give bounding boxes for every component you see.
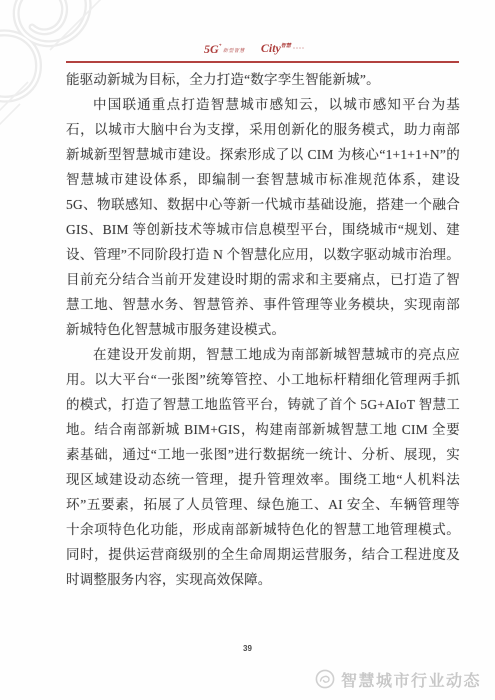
- paragraph: 在建设开发前期，智慧工地成为南部新城智慧城市的亮点应用。以大平台“一张图”统筹管…: [66, 342, 460, 592]
- header-rule: [66, 61, 459, 63]
- account-logo-icon: [314, 668, 336, 690]
- paragraph: 能驱动新城为目标，全力打造“数字孪生智能新城”。: [66, 67, 460, 92]
- header-masthead: 5G⁺ 新型智慧 City智慧 ····: [204, 41, 305, 59]
- account-watermark: 智慧城市行业动态: [314, 667, 481, 691]
- masthead-5g-logo: 5G⁺: [204, 41, 222, 55]
- masthead-5g-subtext: 新型智慧: [223, 47, 245, 54]
- document-page: 5G⁺ 新型智慧 City智慧 ···· 能驱动新城为目标，全力打造“数字孪生智…: [0, 0, 495, 700]
- article-body: 能驱动新城为目标，全力打造“数字孪生智能新城”。 中国联通重点打造智慧城市感知云…: [66, 67, 460, 592]
- page-number: 39: [0, 644, 495, 653]
- account-watermark-text: 智慧城市行业动态: [341, 668, 481, 691]
- masthead-city-logo: City智慧: [261, 41, 291, 54]
- masthead-dots: ····: [293, 44, 305, 53]
- paragraph: 中国联通重点打造智慧城市感知云，以城市感知平台为基石，以城市大脑中台为支撑，采用…: [66, 92, 460, 342]
